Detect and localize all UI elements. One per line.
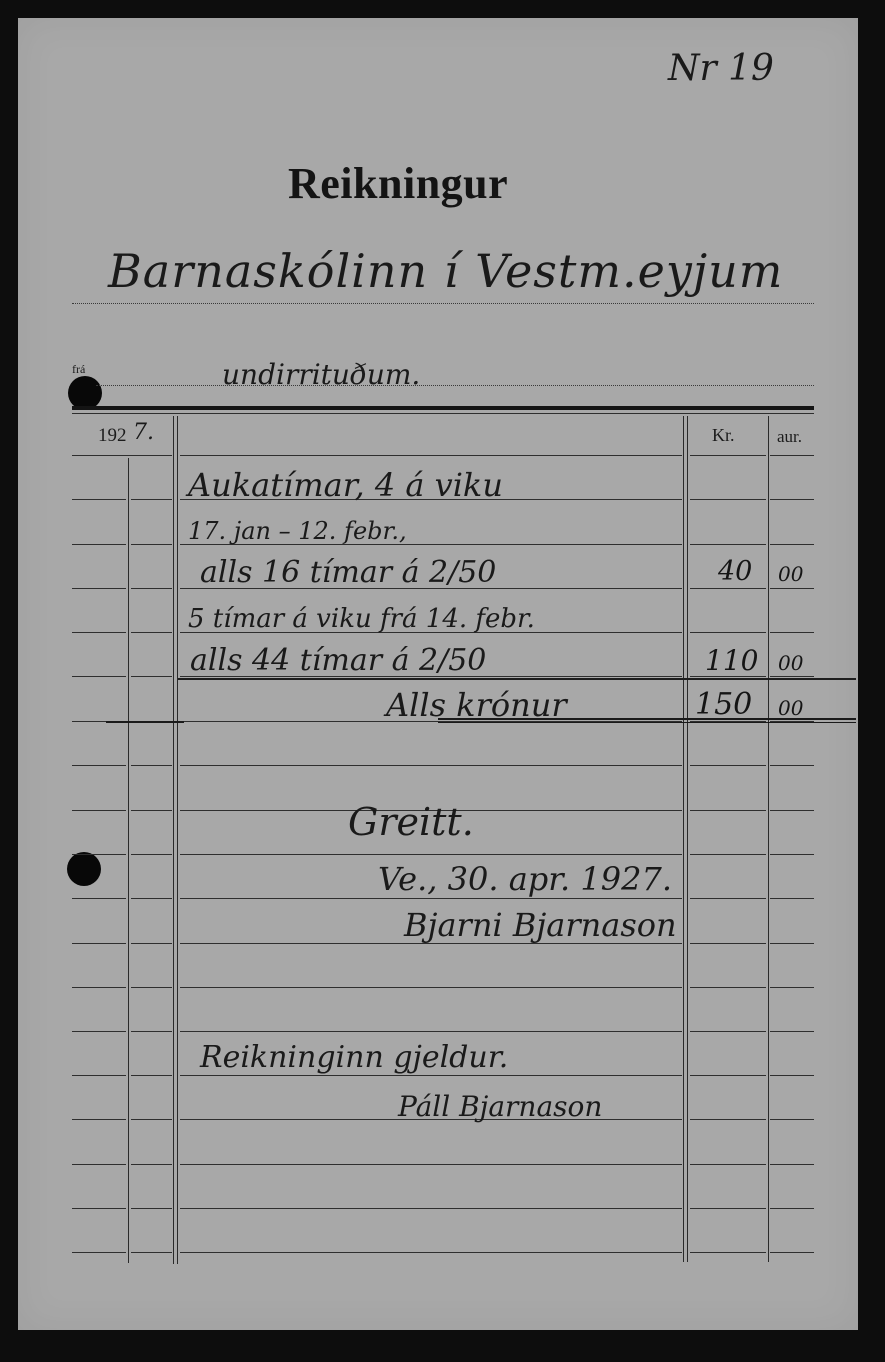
ruled-line: [690, 810, 766, 811]
total-kr: 150: [695, 687, 752, 722]
ruled-line: [131, 632, 172, 633]
ruled-line: [72, 1031, 126, 1032]
line-item-2-text: 17. jan – 12. febr.,: [188, 517, 407, 545]
ruled-line: [690, 544, 766, 545]
ruled-line: [72, 1208, 126, 1209]
punch-hole-bottom: [67, 852, 101, 886]
ruled-line: [770, 1119, 814, 1120]
ruled-line: [131, 765, 172, 766]
recipient-dotted-line: [72, 303, 814, 304]
ruled-line: [690, 1031, 766, 1032]
ruled-line: [180, 1208, 682, 1209]
ruled-line: [72, 544, 126, 545]
ruled-line: [131, 676, 172, 677]
ruled-line: [690, 765, 766, 766]
ruled-line: [770, 1075, 814, 1076]
invoice-number: Nr 19: [668, 48, 774, 89]
ruled-line: [131, 499, 172, 500]
ruled-line: [180, 1252, 682, 1253]
ruled-line: [690, 1208, 766, 1209]
ruled-line: [690, 1075, 766, 1076]
from-label: frá: [72, 362, 85, 377]
ruled-line: [690, 943, 766, 944]
ruled-line: [180, 765, 682, 766]
from-sender: undirrituðum.: [222, 358, 420, 391]
subtotal-rule: [178, 678, 856, 680]
header-thin-rule: [72, 413, 814, 414]
ruled-line: [770, 455, 814, 456]
ruled-line: [131, 1031, 172, 1032]
ruled-line: [690, 854, 766, 855]
ruled-line: [690, 987, 766, 988]
ruled-line: [770, 987, 814, 988]
description-left-line-a: [173, 416, 174, 1264]
ruled-line: [72, 499, 126, 500]
ruled-line: [72, 588, 126, 589]
ruled-line: [770, 1252, 814, 1253]
kr-aur-divider-line: [768, 416, 769, 1262]
ruled-line: [131, 1075, 172, 1076]
ruled-line: [770, 1031, 814, 1032]
year-printed: 192: [98, 425, 127, 447]
ruled-line: [770, 854, 814, 855]
total-double-rule-b: [438, 722, 856, 723]
ruled-line: [72, 1164, 126, 1165]
document-title: Reikningur: [288, 158, 508, 209]
ruled-line: [72, 898, 126, 899]
ruled-line: [180, 987, 682, 988]
receipt-signature: Bjarni Bjarnason: [404, 906, 677, 944]
total-aur: 00: [778, 696, 803, 720]
paid-note: Greitt.: [348, 800, 474, 844]
ruled-line: [72, 632, 126, 633]
ruled-line: [180, 898, 682, 899]
ruled-line: [690, 1164, 766, 1165]
ruled-line: [770, 765, 814, 766]
ruled-line: [690, 588, 766, 589]
ruled-line: [131, 544, 172, 545]
header-thick-rule: [72, 406, 814, 410]
ruled-line: [690, 898, 766, 899]
ruled-line: [131, 1119, 172, 1120]
ruled-line: [72, 455, 172, 456]
description-left-line-b: [177, 416, 178, 1264]
year-handwritten: 7.: [133, 420, 154, 445]
ruled-line: [180, 854, 682, 855]
sender-dotted-line: [96, 385, 814, 386]
ruled-line: [131, 588, 172, 589]
line-item-5-aur: 00: [778, 651, 803, 675]
ruled-line: [131, 1252, 172, 1253]
recipient-name: Barnaskólinn í Vestm.eyjum: [108, 244, 783, 298]
ruled-line: [180, 1075, 682, 1076]
ruled-line: [690, 499, 766, 500]
approval-signature: Páll Bjarnason: [398, 1090, 602, 1123]
line-item-1-text: Aukatímar, 4 á viku: [188, 466, 503, 504]
ruled-line: [770, 1208, 814, 1209]
ruled-line: [690, 632, 766, 633]
ruled-line: [72, 987, 126, 988]
ruled-line: [770, 632, 814, 633]
ruled-line: [131, 943, 172, 944]
ruled-line: [690, 1252, 766, 1253]
line-item-5-text: alls 44 tímar á 2/50: [190, 643, 486, 678]
receipt-place-date: Ve., 30. apr. 1927.: [378, 860, 672, 898]
ruled-line: [131, 1164, 172, 1165]
ruled-line: [770, 544, 814, 545]
line-item-3-text: alls 16 tímar á 2/50: [200, 555, 496, 590]
ruled-line: [770, 676, 814, 677]
ruled-line: [72, 1075, 126, 1076]
ruled-line: [770, 588, 814, 589]
ruled-line: [131, 987, 172, 988]
line-item-5-kr: 110: [705, 644, 758, 677]
ruled-line: [131, 1208, 172, 1209]
ruled-line: [770, 499, 814, 500]
ruled-line: [131, 810, 172, 811]
ruled-line: [770, 810, 814, 811]
ruled-line: [72, 1252, 126, 1253]
ruled-line: [72, 854, 126, 855]
ruled-line: [180, 1164, 682, 1165]
ruled-line: [770, 1164, 814, 1165]
approval-note: Reikninginn gjeldur.: [200, 1040, 508, 1075]
punch-hole-top: [68, 376, 102, 410]
description-right-line-b: [687, 416, 688, 1262]
ruled-line: [72, 1119, 126, 1120]
ruled-line: [180, 1031, 682, 1032]
total-double-rule-a: [438, 718, 856, 720]
ruled-line: [72, 676, 126, 677]
description-right-line-a: [683, 416, 684, 1262]
aur-column-header: aur.: [777, 427, 802, 447]
ruled-line: [180, 455, 682, 456]
line-item-4-text: 5 tímar á viku frá 14. febr.: [188, 604, 535, 634]
line-item-3-aur: 00: [778, 562, 803, 586]
date-divider-line: [128, 458, 129, 1263]
ruled-line: [131, 898, 172, 899]
ruled-line: [72, 810, 126, 811]
ruled-line: [770, 898, 814, 899]
ruled-line: [72, 765, 126, 766]
left-margin-strike: [106, 721, 184, 723]
ruled-line: [690, 455, 766, 456]
ruled-line: [72, 943, 126, 944]
ruled-line: [770, 943, 814, 944]
kr-column-header: Kr.: [712, 425, 735, 446]
ruled-line: [131, 854, 172, 855]
line-item-3-kr: 40: [718, 556, 752, 587]
ruled-line: [690, 1119, 766, 1120]
